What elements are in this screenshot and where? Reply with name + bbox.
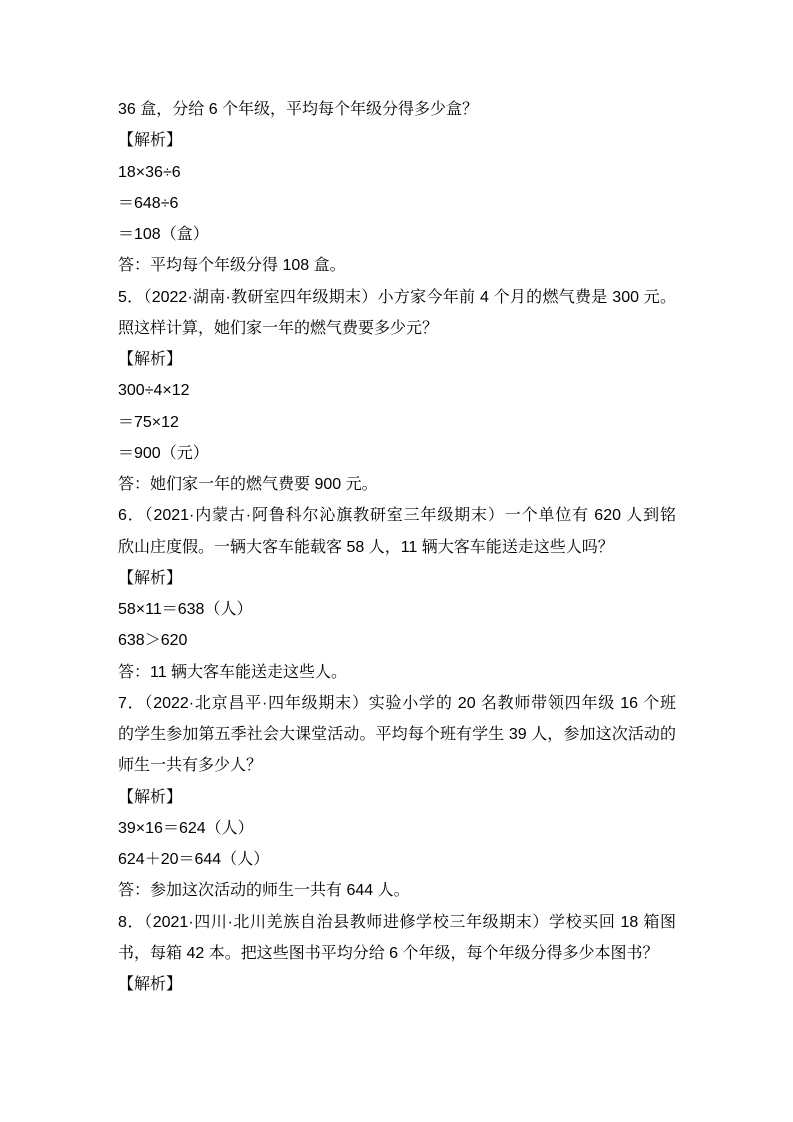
question-text-line: 师生一共有多少人？	[118, 750, 676, 781]
section-problem-7: 7．（2022·北京昌平·四年级期末）实验小学的 20 名教师带领四年级 16 …	[118, 688, 676, 907]
analysis-label: 【解析】	[118, 125, 676, 156]
section-problem-4-solution-tail: 36 盒，分给 6 个年级，平均每个年级分得多少盒？ 【解析】 18×36÷6 …	[118, 94, 676, 282]
section-problem-6: 6．（2021·内蒙古·阿鲁科尔沁旗教研室三年级期末）一个单位有 620 人到铭…	[118, 500, 676, 688]
worksheet-content: 36 盒，分给 6 个年级，平均每个年级分得多少盒？ 【解析】 18×36÷6 …	[118, 94, 676, 1000]
analysis-label: 【解析】	[118, 782, 676, 813]
answer-line: 答：参加这次活动的师生一共有 644 人。	[118, 875, 676, 906]
equation-line: 39×16＝624（人）	[118, 813, 676, 844]
equation-line: ＝108（盒）	[118, 219, 676, 250]
equation-line: 300÷4×12	[118, 375, 676, 406]
question-text-line: 照这样计算，她们家一年的燃气费要多少元？	[118, 313, 676, 344]
equation-line: 18×36÷6	[118, 157, 676, 188]
question-text-line: 欣山庄度假。一辆大客车能载客 58 人，11 辆大客车能送走这些人吗？	[118, 532, 676, 563]
question-text-line: 的学生参加第五季社会大课堂活动。平均每个班有学生 39 人，参加这次活动的	[118, 719, 676, 750]
equation-line: 624＋20＝644（人）	[118, 844, 676, 875]
analysis-label: 【解析】	[118, 563, 676, 594]
equation-line: ＝648÷6	[118, 188, 676, 219]
equation-line: ＝900（元）	[118, 438, 676, 469]
question-text-line: 5．（2022·湖南·教研室四年级期末）小方家今年前 4 个月的燃气费是 300…	[118, 282, 676, 313]
equation-line: ＝75×12	[118, 407, 676, 438]
question-text-line: 书，每箱 42 本。把这些图书平均分给 6 个年级，每个年级分得多少本图书？	[118, 938, 676, 969]
answer-line: 答：11 辆大客车能送走这些人。	[118, 657, 676, 688]
section-problem-5: 5．（2022·湖南·教研室四年级期末）小方家今年前 4 个月的燃气费是 300…	[118, 282, 676, 501]
answer-line: 答：她们家一年的燃气费要 900 元。	[118, 469, 676, 500]
document-page: 36 盒，分给 6 个年级，平均每个年级分得多少盒？ 【解析】 18×36÷6 …	[0, 0, 793, 1122]
question-text-line: 36 盒，分给 6 个年级，平均每个年级分得多少盒？	[118, 94, 676, 125]
question-text-line: 7．（2022·北京昌平·四年级期末）实验小学的 20 名教师带领四年级 16 …	[118, 688, 676, 719]
analysis-label: 【解析】	[118, 344, 676, 375]
answer-line: 答：平均每个年级分得 108 盒。	[118, 250, 676, 281]
question-text-line: 8．（2021·四川·北川羌族自治县教师进修学校三年级期末）学校买回 18 箱图	[118, 907, 676, 938]
equation-line: 638＞620	[118, 625, 676, 656]
question-text-line: 6．（2021·内蒙古·阿鲁科尔沁旗教研室三年级期末）一个单位有 620 人到铭	[118, 500, 676, 531]
section-problem-8: 8．（2021·四川·北川羌族自治县教师进修学校三年级期末）学校买回 18 箱图…	[118, 907, 676, 1001]
equation-line: 58×11＝638（人）	[118, 594, 676, 625]
analysis-label: 【解析】	[118, 969, 676, 1000]
